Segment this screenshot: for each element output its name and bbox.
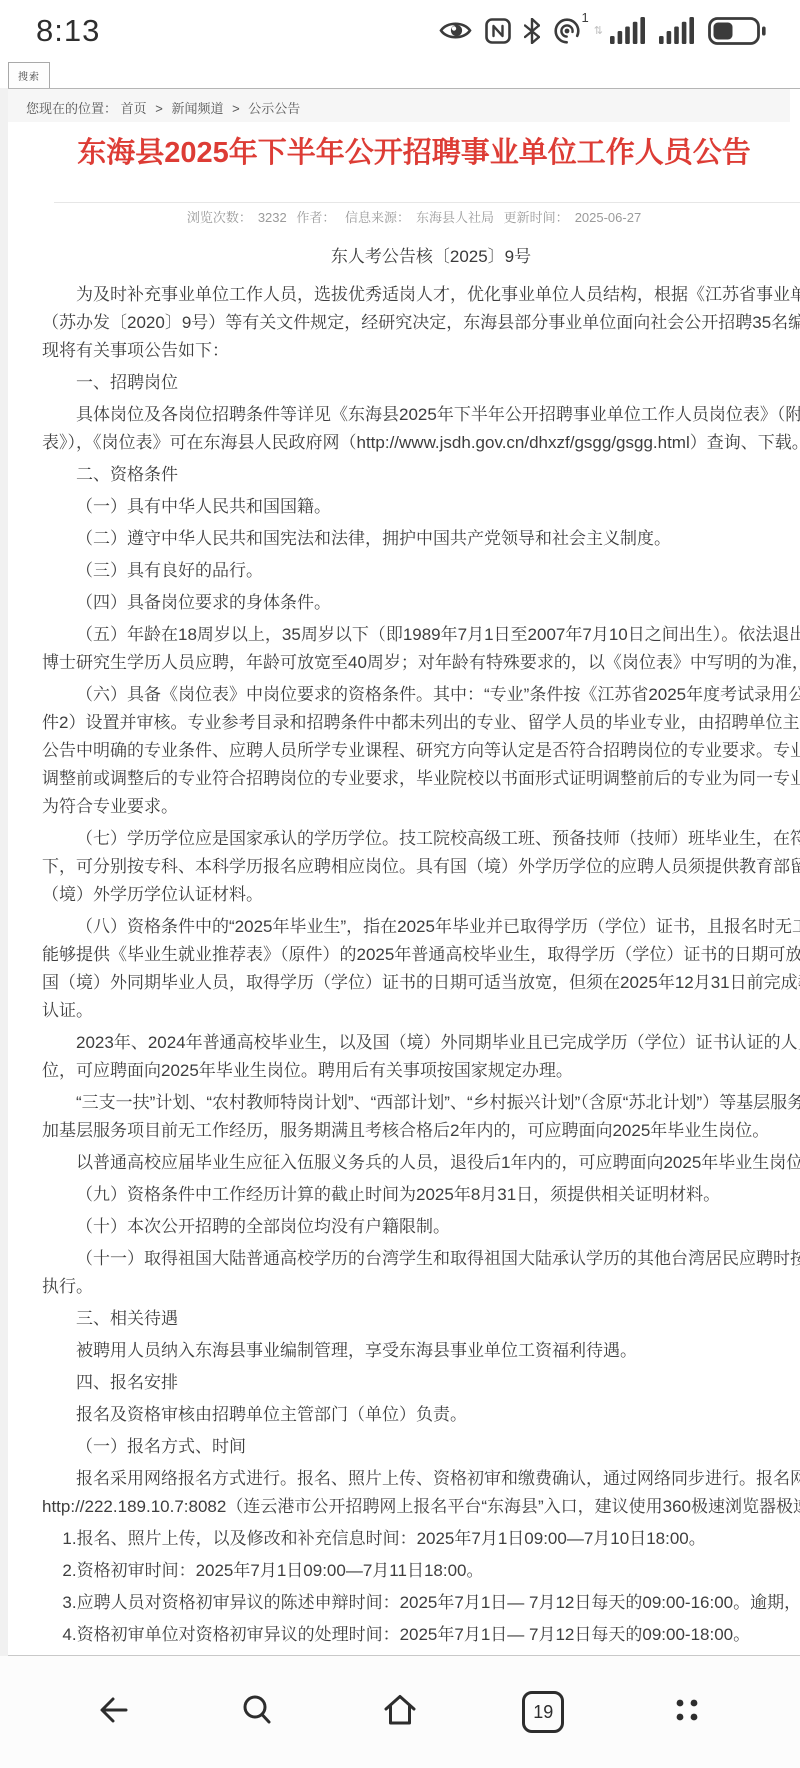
hotspot-count-badge: 1 bbox=[582, 10, 589, 25]
menu-dots-icon bbox=[670, 1693, 704, 1732]
article-line: 一、招聘岗位 bbox=[42, 369, 800, 397]
signal-bars-icon-2 bbox=[659, 17, 695, 44]
breadcrumb-item[interactable]: 公示公告 bbox=[245, 101, 301, 116]
page-title: 东海县2025年下半年公开招聘事业单位工作人员公告 bbox=[8, 132, 800, 174]
back-button[interactable] bbox=[83, 1682, 143, 1742]
article-line: 3.应聘人员对资格初审异议的陈述申辩时间：2025年7月1日— 7月12日每天的… bbox=[42, 1589, 800, 1617]
search-tab[interactable]: 搜索 bbox=[8, 62, 50, 88]
article-line: 二、资格条件 bbox=[42, 461, 800, 489]
article-line: 为符合专业要求。 bbox=[42, 793, 800, 821]
article-line: 件2）设置并审核。专业参考目录和招聘条件中都未列出的专业、留学人员的毕业专业，由… bbox=[42, 709, 800, 737]
web-page: 您现在的位置： 首页 > 新闻频道 > 公示公告 东海县2025年下半年公开招聘… bbox=[8, 88, 800, 1656]
article-line: 现将有关事项公告如下： bbox=[42, 337, 800, 365]
search-button[interactable] bbox=[227, 1682, 287, 1742]
article-line: 三、相关待遇 bbox=[42, 1305, 800, 1333]
article-line: 位，可应聘面向2025年毕业生岗位。聘用后有关事项按国家规定办理。 bbox=[42, 1057, 800, 1085]
article-line: 加基层服务项目前无工作经历，服务期满且考核合格后2年内的，可应聘面向2025年毕… bbox=[42, 1117, 800, 1145]
source-value: 东海县人社局 bbox=[416, 210, 494, 225]
article-body: 东人考公告核〔2025〕9号为及时补充事业单位工作人员，选拔优秀适岗人才，优化事… bbox=[8, 243, 800, 1655]
bluetooth-icon bbox=[524, 18, 540, 44]
breadcrumb-separator: > bbox=[155, 101, 163, 116]
breadcrumb-separator: > bbox=[232, 101, 240, 116]
article-line: 4.资格初审单位对资格初审异议的处理时间：2025年7月1日— 7月12日每天的… bbox=[42, 1621, 800, 1649]
browser-tab-row: 搜索 bbox=[0, 61, 800, 88]
article-line: （四）具备岗位要求的身体条件。 bbox=[42, 589, 800, 617]
breadcrumb-prefix: 您现在的位置： bbox=[26, 101, 117, 116]
source-label: 信息来源： bbox=[345, 210, 410, 225]
article-line: （一）报名方式、时间 bbox=[42, 1433, 800, 1461]
tabs-button[interactable]: 19 bbox=[513, 1682, 573, 1742]
signal-bars-icon bbox=[610, 17, 646, 44]
article-line: 认证。 bbox=[42, 997, 800, 1025]
article-line: （一）具有中华人民共和国国籍。 bbox=[42, 493, 800, 521]
nfc-icon bbox=[485, 18, 511, 44]
back-arrow-icon bbox=[95, 1692, 131, 1733]
article-line: 公告中明确的专业条件、应聘人员所学专业课程、研究方向等认定是否符合招聘岗位的专业… bbox=[42, 737, 800, 765]
article-line: （六）具备《岗位表》中岗位要求的资格条件。其中：“专业”条件按《江苏省2025年… bbox=[42, 681, 800, 709]
article-line: 以普通高校应届毕业生应征入伍服义务兵的人员，退役后1年内的，可应聘面向2025年… bbox=[42, 1149, 800, 1177]
network-activity-icon: ⇅ bbox=[594, 24, 603, 37]
breadcrumb-trail: 首页 > 新闻频道 > 公示公告 bbox=[121, 101, 301, 116]
article-line: http://222.189.10.7:8082（连云港市公开招聘网上报名平台“… bbox=[42, 1493, 800, 1521]
article-line: 四、报名安排 bbox=[42, 1369, 800, 1397]
article-line: 2023年、2024年普通高校毕业生，以及国（境）外同期毕业且已完成学历（学位）… bbox=[42, 1029, 800, 1057]
article-line: 报名采用网络报名方式进行。报名、照片上传、资格初审和缴费确认，通过网络同步进行。… bbox=[42, 1465, 800, 1493]
article-line: 表》），《岗位表》可在东海县人民政府网（http://www.jsdh.gov.… bbox=[42, 429, 800, 457]
status-bar: 8:13 1 ⇅ bbox=[0, 0, 800, 61]
article-line: 具体岗位及各岗位招聘条件等详见《东海县2025年下半年公开招聘事业单位工作人员岗… bbox=[42, 401, 800, 429]
hotspot-icon: 1 bbox=[553, 17, 581, 45]
article-line: （苏办发〔2020〕9号）等有关文件规定，经研究决定，东海县部分事业单位面向社会… bbox=[42, 309, 800, 337]
article-line: 为及时补充事业单位工作人员，选拔优秀适岗人才，优化事业单位人员结构，根据《江苏省… bbox=[42, 281, 800, 309]
article-line: “三支一扶”计划、“农村教师特岗计划”、“西部计划”、“乡村振兴计划”（含原“苏… bbox=[42, 1089, 800, 1117]
battery-icon bbox=[708, 17, 766, 45]
breadcrumb-item[interactable]: 新闻频道 bbox=[168, 101, 227, 116]
article-line: 国（境）外同期毕业人员，取得学历（学位）证书的日期可适当放宽，但须在2025年1… bbox=[42, 969, 800, 997]
article-line: 1.报名、照片上传，以及修改和补充信息时间：2025年7月1日09:00—7月1… bbox=[42, 1525, 800, 1553]
home-button[interactable] bbox=[370, 1682, 430, 1742]
phone-screen: { "status_bar": { "time": "8:13", "icons… bbox=[0, 0, 800, 1768]
article-line: 报名及资格审核由招聘单位主管部门（单位）负责。 bbox=[42, 1401, 800, 1429]
views-label: 浏览次数： bbox=[187, 210, 252, 225]
views-count: 3232 bbox=[258, 210, 287, 225]
article-line: 调整前或调整后的专业符合招聘岗位的专业要求，毕业院校以书面形式证明调整前后的专业… bbox=[42, 765, 800, 793]
document-number-line: 东人考公告核〔2025〕9号 bbox=[42, 243, 800, 271]
navigation-bar: 19 bbox=[0, 1656, 800, 1768]
home-icon bbox=[381, 1692, 419, 1733]
article-line: （三）具有良好的品行。 bbox=[42, 557, 800, 585]
updated-label: 更新时间： bbox=[504, 210, 569, 225]
article-line: （二）遵守中华人民共和国宪法和法律，拥护中国共产党领导和社会主义制度。 bbox=[42, 525, 800, 553]
article-line: （十）本次公开招聘的全部岗位均没有户籍限制。 bbox=[42, 1213, 800, 1241]
menu-button[interactable] bbox=[657, 1682, 717, 1742]
article-line: （九）资格条件中工作经历计算的截止时间为2025年8月31日，须提供相关证明材料… bbox=[42, 1181, 800, 1209]
clock-time: 8:13 bbox=[36, 13, 100, 49]
eye-icon bbox=[439, 19, 472, 42]
title-area: 东海县2025年下半年公开招聘事业单位工作人员公告 bbox=[8, 132, 800, 174]
breadcrumb: 您现在的位置： 首页 > 新闻频道 > 公示公告 bbox=[8, 89, 790, 122]
article-line: 2.资格初审时间：2025年7月1日09:00—7月11日18:00。 bbox=[42, 1557, 800, 1585]
article-line: （八）资格条件中的“2025年毕业生”，指在2025年毕业并已取得学历（学位）证… bbox=[42, 913, 800, 941]
article-line: 下，可分别按专科、本科学历报名应聘相应岗位。具有国（境）外学历学位的应聘人员须提… bbox=[42, 853, 800, 881]
article-line: （七）学历学位应是国家承认的学历学位。技工院校高级工班、预备技师（技师）班毕业生… bbox=[42, 825, 800, 853]
article-line: 被聘用人员纳入东海县事业编制管理，享受东海县事业单位工资福利待遇。 bbox=[42, 1337, 800, 1365]
article-line: 能够提供《毕业生就业推荐表》（原件）的2025年普通高校毕业生，取得学历（学位）… bbox=[42, 941, 800, 969]
search-icon bbox=[239, 1692, 275, 1733]
article-line: （境）外学历学位认证材料。 bbox=[42, 881, 800, 909]
breadcrumb-item[interactable]: 首页 bbox=[121, 101, 151, 116]
updated-value: 2025-06-27 bbox=[575, 210, 642, 225]
article-line: （五）年龄在18周岁以上，35周岁以下（即1989年7月1日至2007年7月10… bbox=[42, 621, 800, 649]
author-label: 作者： bbox=[296, 210, 335, 225]
article-meta: 浏览次数：3232 作者： 信息来源：东海县人社局 更新时间：2025-06-2… bbox=[8, 203, 800, 231]
tabs-counter: 19 bbox=[522, 1691, 564, 1733]
status-icons: 1 ⇅ bbox=[439, 17, 766, 45]
article-line: （十一）取得祖国大陆普通高校学历的台湾学生和取得祖国大陆承认学历的其他台湾居民应… bbox=[42, 1245, 800, 1273]
article-line: 执行。 bbox=[42, 1273, 800, 1301]
article-line: 博士研究生学历人员应聘，年龄可放宽至40周岁；对年龄有特殊要求的，以《岗位表》中… bbox=[42, 649, 800, 677]
